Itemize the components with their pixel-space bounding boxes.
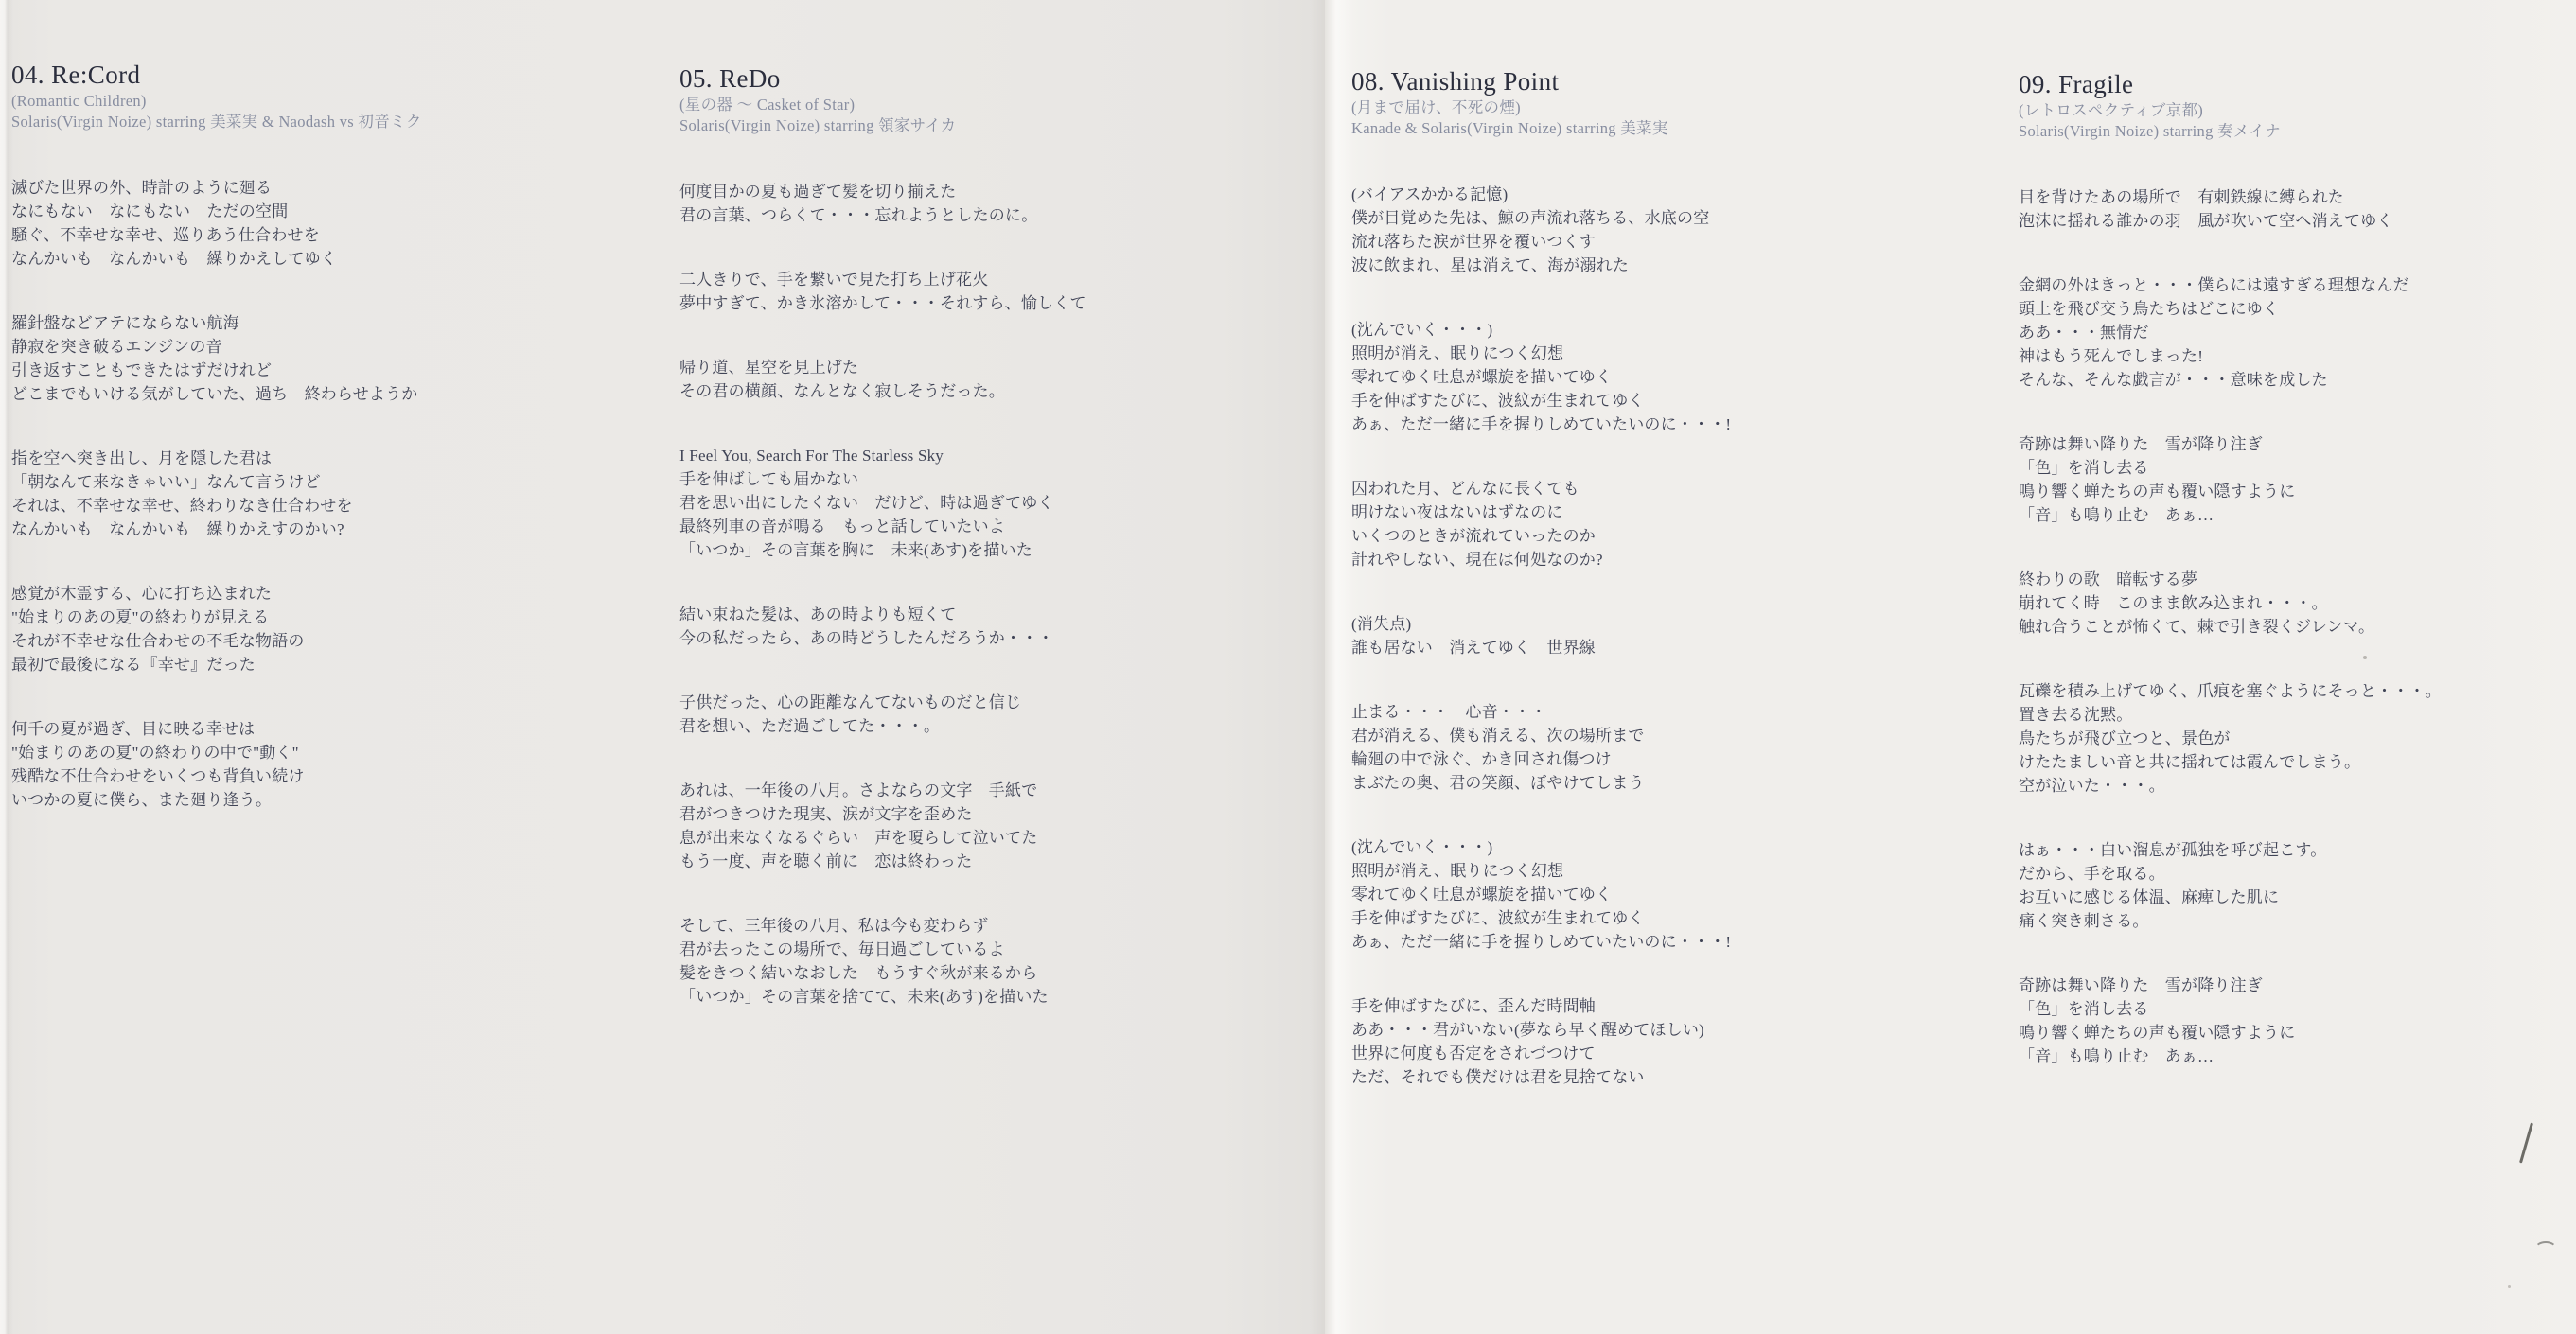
stanza: (沈んでいく・・・)照明が消え、眠りにつく幻想零れてゆく吐息が螺旋を描いてゆく手… <box>1351 318 1995 436</box>
lyric-line: 照明が消え、眠りにつく幻想 <box>1351 342 1995 365</box>
lyric-line: いくつのときが流れていったのか <box>1351 524 1995 548</box>
lyric-line: (バイアスかかる記憶) <box>1351 183 1995 206</box>
lyric-line: 痛く突き刺さる。 <box>2019 909 2572 933</box>
lyric-line: 囚われた月、どんなに長くても <box>1351 477 1995 500</box>
lyric-line: 羅針盤などアテにならない航海 <box>11 311 655 335</box>
lyric-line: もう一度、声を聴く前に 恋は終わった <box>679 850 1323 873</box>
lyric-line: 二人きりで、手を繋いで見た打ち上げ花火 <box>679 268 1323 291</box>
song-title: 04. Re:Cord <box>11 59 655 91</box>
lyric-line: はぁ・・・白い溜息が孤独を呼び起こす。 <box>2019 838 2572 862</box>
lyric-line: 目を背けたあの場所で 有刺鉄線に縛られた <box>2019 185 2572 209</box>
lyric-line: 手を伸ばすたびに、歪んだ時間軸 <box>1351 994 1995 1018</box>
lyric-line: 波に飲まれ、星は消えて、海が溺れた <box>1351 254 1995 277</box>
stanza: 奇跡は舞い降りた 雪が降り注ぎ「色」を消し去る鳴り響く蝉たちの声も覆い隠すように… <box>2019 974 2572 1068</box>
stanza: 止まる・・・ 心音・・・君が消える、僕も消える、次の場所まで輪廻の中で泳ぐ、かき… <box>1351 700 1995 795</box>
lyric-line: 君が去ったこの場所で、毎日過ごしているよ <box>679 938 1323 961</box>
lyrics-block: 何度目かの夏も過ぎて髪を切り揃えた君の言葉、つらくて・・・忘れようとしたのに。二… <box>679 180 1323 1009</box>
lyric-line: どこまでもいける気がしていた、過ち 終わらせようか <box>11 382 655 406</box>
stanza: 奇跡は舞い降りた 雪が降り注ぎ「色」を消し去る鳴り響く蝉たちの声も覆い隠すように… <box>2019 432 2572 527</box>
lyric-line: 滅びた世界の外、時計のように廻る <box>11 176 655 200</box>
lyric-line: (消失点) <box>1351 612 1995 636</box>
lyric-line: 泡沫に揺れる誰かの羽 風が吹いて空へ消えてゆく <box>2019 209 2572 233</box>
lyric-line: 明けない夜はないはずなのに <box>1351 500 1995 524</box>
lyric-line: 今の私だったら、あの時どうしたんだろうか・・・ <box>679 626 1323 650</box>
dust-speck <box>2508 1285 2511 1288</box>
stanza: そして、三年後の八月、私は今も変わらず君が去ったこの場所で、毎日過ごしているよ髪… <box>679 914 1323 1009</box>
lyric-line: 指を空へ突き出し、月を隠した君は <box>11 447 655 470</box>
stanza: 指を空へ突き出し、月を隠した君は「朝なんて来なきゃいい」なんて言うけどそれは、不… <box>11 447 655 541</box>
lyric-line: 鳴り響く蝉たちの声も覆い隠すように <box>2019 480 2572 503</box>
stanza: 感覚が木霊する、心に打ち込まれた"始まりのあの夏"の終わりが見えるそれが不幸せな… <box>11 582 655 676</box>
lyric-line: 奇跡は舞い降りた 雪が降り注ぎ <box>2019 432 2572 456</box>
lyric-line: 結い束ねた髪は、あの時よりも短くて <box>679 603 1323 626</box>
lyric-line: あれは、一年後の八月。さよならの文字 手紙で <box>679 779 1323 802</box>
lyric-line: ああ・・・君がいない(夢なら早く醒めてほしい) <box>1351 1018 1995 1042</box>
lyric-line: そして、三年後の八月、私は今も変わらず <box>679 914 1323 938</box>
lyric-line: けたたましい音と共に揺れては霞んでしまう。 <box>2019 750 2572 774</box>
lyric-line: 手を伸ばすたびに、波紋が生まれてゆく <box>1351 906 1995 930</box>
song-title: 08. Vanishing Point <box>1351 65 1995 97</box>
stanza: 金網の外はきっと・・・僕らには遠すぎる理想なんだ頭上を飛び交う鳥たちはどこにゆく… <box>2019 273 2572 392</box>
stanza: はぁ・・・白い溜息が孤独を呼び起こす。だから、手を取る。お互いに感じる体温、麻痺… <box>2019 838 2572 933</box>
lyric-line: 夢中すぎて、かき氷溶かして・・・それすら、愉しくて <box>679 291 1323 315</box>
song-subtitle: (月まで届け、不死の煙) <box>1351 97 1995 118</box>
lyric-line: 終わりの歌 暗転する夢 <box>2019 568 2572 591</box>
stanza: (バイアスかかる記憶)僕が目覚めた先は、鯨の声流れ落ちる、水底の空流れ落ちた涙が… <box>1351 183 1995 277</box>
lyric-line: 世界に何度も否定をされづつけて <box>1351 1042 1995 1065</box>
lyric-line: 静寂を突き破るエンジンの音 <box>11 335 655 359</box>
lyrics-block: 滅びた世界の外、時計のように廻るなにもない なにもない ただの空間騒ぐ、不幸せな… <box>11 176 655 812</box>
song-column-redo: 05. ReDo (星の器 ～ Casket of Star) Solaris(… <box>679 62 1323 1049</box>
lyric-line: 僕が目覚めた先は、鯨の声流れ落ちる、水底の空 <box>1351 206 1995 230</box>
lyric-line: 神はもう死んでしまった! <box>2019 344 2572 368</box>
lyric-line: (沈んでいく・・・) <box>1351 835 1995 859</box>
stanza: 何千の夏が過ぎ、目に映る幸せは"始まりのあの夏"の終わりの中で"動く"残酷な不仕… <box>11 717 655 812</box>
lyric-line: 何度目かの夏も過ぎて髪を切り揃えた <box>679 180 1323 203</box>
lyric-line: 手を伸ばしても届かない <box>679 467 1323 491</box>
lyric-line: 輪廻の中で泳ぐ、かき回され傷つけ <box>1351 747 1995 771</box>
lyric-line: 髪をきつく結いなおした もうすぐ秋が来るから <box>679 961 1323 985</box>
lyric-line: 鳥たちが飛び立つと、景色が <box>2019 727 2572 750</box>
lyric-line: 「朝なんて来なきゃいい」なんて言うけど <box>11 470 655 494</box>
lyric-line: 最終列車の音が鳴る もっと話していたいよ <box>679 515 1323 538</box>
song-credit: Solaris(Virgin Noize) starring 領家サイカ <box>679 115 1323 136</box>
lyric-line: 君がつきつけた現実、涙が文字を歪めた <box>679 802 1323 826</box>
lyric-line: 「音」も鳴り止む あぁ… <box>2019 1044 2572 1068</box>
lyric-line: 頭上を飛び交う鳥たちはどこにゆく <box>2019 297 2572 321</box>
lyric-line: 「色」を消し去る <box>2019 456 2572 480</box>
lyric-line: 瓦礫を積み上げてゆく、爪痕を塞ぐようにそっと・・・。 <box>2019 679 2572 703</box>
stanza: 羅針盤などアテにならない航海静寂を突き破るエンジンの音引き返すこともできたはずだ… <box>11 311 655 406</box>
lyric-line: そんな、そんな戯言が・・・意味を成した <box>2019 368 2572 392</box>
stanza: 終わりの歌 暗転する夢崩れてく時 このまま飲み込まれ・・・。触れ合うことが怖くて… <box>2019 568 2572 639</box>
lyric-line: 引き返すこともできたはずだけれど <box>11 359 655 382</box>
stanza: (消失点)誰も居ない 消えてゆく 世界線 <box>1351 612 1995 659</box>
lyric-line: なにもない なにもない ただの空間 <box>11 200 655 223</box>
lyric-line: 感覚が木霊する、心に打ち込まれた <box>11 582 655 606</box>
stanza: I Feel You, Search For The Starless Sky手… <box>679 444 1323 562</box>
stanza: 二人きりで、手を繋いで見た打ち上げ花火夢中すぎて、かき氷溶かして・・・それすら、… <box>679 268 1323 315</box>
lyric-line: 計れやしない、現在は何処なのか? <box>1351 548 1995 571</box>
lyric-line: "始まりのあの夏"の終わりが見える <box>11 606 655 629</box>
stanza: 何度目かの夏も過ぎて髪を切り揃えた君の言葉、つらくて・・・忘れようとしたのに。 <box>679 180 1323 227</box>
song-credit: Solaris(Virgin Noize) starring 美菜実 & Nao… <box>11 112 655 132</box>
song-title: 09. Fragile <box>2019 68 2572 100</box>
lyric-line: 空が泣いた・・・。 <box>2019 774 2572 798</box>
lyric-line: 奇跡は舞い降りた 雪が降り注ぎ <box>2019 974 2572 997</box>
lyric-line: 騒ぐ、不幸せな幸せ、巡りあう仕合わせを <box>11 223 655 247</box>
stanza: 子供だった、心の距離なんてないものだと信じ君を想い、ただ過ごしてた・・・。 <box>679 691 1323 738</box>
lyric-line: 「色」を消し去る <box>2019 997 2572 1021</box>
lyric-line: "始まりのあの夏"の終わりの中で"動く" <box>11 741 655 764</box>
lyric-line: 零れてゆく吐息が螺旋を描いてゆく <box>1351 883 1995 906</box>
lyric-line: 流れ落ちた涙が世界を覆いつくす <box>1351 230 1995 254</box>
lyric-line: ただ、それでも僕だけは君を見捨てない <box>1351 1065 1995 1089</box>
lyric-line: なんかいも なんかいも 繰りかえすのかい? <box>11 518 655 541</box>
lyric-line: なんかいも なんかいも 繰りかえしてゆく <box>11 247 655 271</box>
lyric-line: (沈んでいく・・・) <box>1351 318 1995 342</box>
lyric-line: だから、手を取る。 <box>2019 862 2572 886</box>
lyric-line: それが不幸せな仕合わせの不毛な物語の <box>11 629 655 653</box>
lyric-line: 金網の外はきっと・・・僕らには遠すぎる理想なんだ <box>2019 273 2572 297</box>
lyric-line: ああ・・・無情だ <box>2019 321 2572 344</box>
lyric-line: I Feel You, Search For The Starless Sky <box>679 444 1323 467</box>
lyric-line: 止まる・・・ 心音・・・ <box>1351 700 1995 724</box>
lyric-line: お互いに感じる体温、麻痺した肌に <box>2019 886 2572 909</box>
lyrics-block: 目を背けたあの場所で 有刺鉄線に縛られた泡沫に揺れる誰かの羽 風が吹いて空へ消え… <box>2019 185 2572 1068</box>
lyric-line: 「いつか」その言葉を捨てて、未来(あす)を描いた <box>679 985 1323 1009</box>
lyric-line: 君を想い、ただ過ごしてた・・・。 <box>679 714 1323 738</box>
lyric-line: 何千の夏が過ぎ、目に映る幸せは <box>11 717 655 741</box>
song-column-fragile: 09. Fragile (レトロスペクティブ京都) Solaris(Virgin… <box>2019 68 2572 1109</box>
scratch-mark <box>2534 1241 2557 1257</box>
lyric-line: 鳴り響く蝉たちの声も覆い隠すように <box>2019 1021 2572 1044</box>
song-title: 05. ReDo <box>679 62 1323 95</box>
lyric-line: 零れてゆく吐息が螺旋を描いてゆく <box>1351 365 1995 389</box>
lyric-line: 君が消える、僕も消える、次の場所まで <box>1351 724 1995 747</box>
stanza: (沈んでいく・・・)照明が消え、眠りにつく幻想零れてゆく吐息が螺旋を描いてゆく手… <box>1351 835 1995 954</box>
stanza: 帰り道、星空を見上げたその君の横顔、なんとなく寂しそうだった。 <box>679 356 1323 403</box>
lyric-line: いつかの夏に僕ら、また廻り逢う。 <box>11 788 655 812</box>
lyric-line: それは、不幸せな幸せ、終わりなき仕合わせを <box>11 494 655 518</box>
song-credit: Kanade & Solaris(Virgin Noize) starring … <box>1351 118 1995 139</box>
dust-speck <box>2363 656 2367 659</box>
lyric-line: 手を伸ばすたびに、波紋が生まれてゆく <box>1351 389 1995 412</box>
lyric-line: 君の言葉、つらくて・・・忘れようとしたのに。 <box>679 203 1323 227</box>
song-column-vanishing-point: 08. Vanishing Point (月まで届け、不死の煙) Kanade … <box>1351 65 1995 1130</box>
song-subtitle: (Romantic Children) <box>11 91 655 112</box>
lyric-line: 君を思い出にしたくない だけど、時は過ぎてゆく <box>679 491 1323 515</box>
lyric-line: 「いつか」その言葉を胸に 未来(あす)を描いた <box>679 538 1323 562</box>
lyric-line: 「音」も鳴り止む あぁ… <box>2019 503 2572 527</box>
stanza: 手を伸ばすたびに、歪んだ時間軸ああ・・・君がいない(夢なら早く醒めてほしい)世界… <box>1351 994 1995 1089</box>
lyric-line: その君の横顔、なんとなく寂しそうだった。 <box>679 379 1323 403</box>
lyric-line: あぁ、ただ一緒に手を握りしめていたいのに・・・! <box>1351 930 1995 954</box>
lyric-line: 最初で最後になる『幸せ』だった <box>11 653 655 676</box>
lyric-line: 触れ合うことが怖くて、棘で引き裂くジレンマ。 <box>2019 615 2572 639</box>
stanza: 結い束ねた髪は、あの時よりも短くて今の私だったら、あの時どうしたんだろうか・・・ <box>679 603 1323 650</box>
lyric-line: 息が出来なくなるぐらい 声を嗄らして泣いてた <box>679 826 1323 850</box>
lyric-line: 子供だった、心の距離なんてないものだと信じ <box>679 691 1323 714</box>
lyric-line: 照明が消え、眠りにつく幻想 <box>1351 859 1995 883</box>
lyric-line: 残酷な不仕合わせをいくつも背負い続け <box>11 764 655 788</box>
lyrics-block: (バイアスかかる記憶)僕が目覚めた先は、鯨の声流れ落ちる、水底の空流れ落ちた涙が… <box>1351 183 1995 1089</box>
lyric-line: 帰り道、星空を見上げた <box>679 356 1323 379</box>
song-credit: Solaris(Virgin Noize) starring 奏メイナ <box>2019 121 2572 142</box>
lyric-line: 崩れてく時 このまま飲み込まれ・・・。 <box>2019 591 2572 615</box>
lyric-line: 置き去る沈黙。 <box>2019 703 2572 727</box>
lyric-line: まぶたの奥、君の笑顔、ぼやけてしまう <box>1351 771 1995 795</box>
song-subtitle: (レトロスペクティブ京都) <box>2019 100 2572 121</box>
stanza: あれは、一年後の八月。さよならの文字 手紙で君がつきつけた現実、涙が文字を歪めた… <box>679 779 1323 873</box>
stanza: 瓦礫を積み上げてゆく、爪痕を塞ぐようにそっと・・・。置き去る沈黙。鳥たちが飛び立… <box>2019 679 2572 798</box>
stanza: 目を背けたあの場所で 有刺鉄線に縛られた泡沫に揺れる誰かの羽 風が吹いて空へ消え… <box>2019 185 2572 233</box>
song-subtitle: (星の器 ～ Casket of Star) <box>679 95 1323 115</box>
lyric-line: あぁ、ただ一緒に手を握りしめていたいのに・・・! <box>1351 412 1995 436</box>
stanza: 滅びた世界の外、時計のように廻るなにもない なにもない ただの空間騒ぐ、不幸せな… <box>11 176 655 271</box>
song-column-record: 04. Re:Cord (Romantic Children) Solaris(… <box>11 59 655 852</box>
lyric-line: 誰も居ない 消えてゆく 世界線 <box>1351 636 1995 659</box>
stanza: 囚われた月、どんなに長くても明けない夜はないはずなのにいくつのときが流れていった… <box>1351 477 1995 571</box>
